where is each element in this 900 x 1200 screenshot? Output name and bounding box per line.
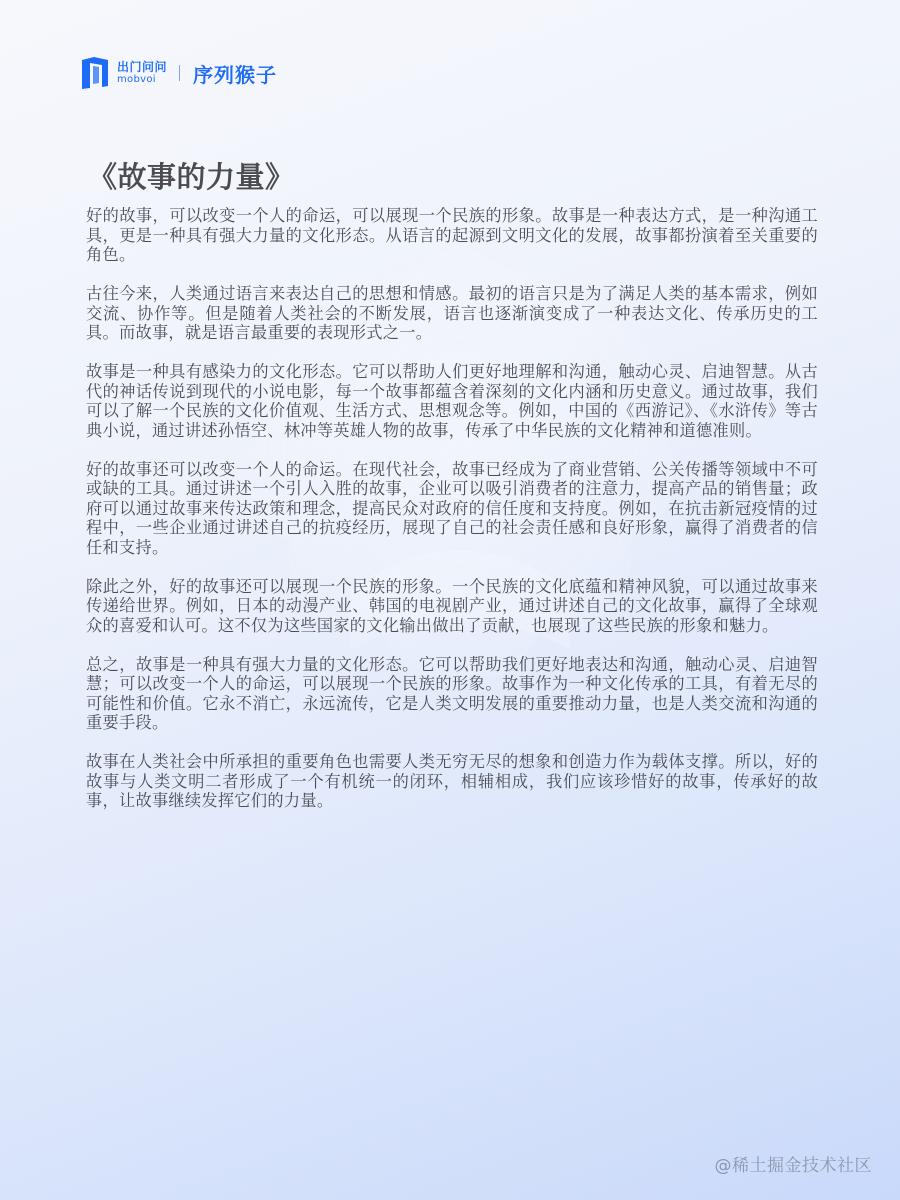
brand-text: 出门问问 mobvoi (117, 61, 167, 85)
brand-name-cn: 出门问问 (117, 61, 167, 73)
paragraph-4: 好的故事还可以改变一个人的命运。在现代社会，故事已经成为了商业营销、公关传播等领… (86, 460, 818, 558)
footer-watermark: @稀土掘金技术社区 (715, 1151, 873, 1176)
paragraph-2: 古往今来，人类通过语言来表达自己的思想和情感。最初的语言只是为了满足人类的基本需… (86, 284, 818, 343)
series-name: 序列猴子 (193, 59, 277, 88)
paragraph-7: 故事在人类社会中所承担的重要角色也需要人类无穷无尽的想象和创造力作为载体支撑。所… (86, 752, 818, 811)
paragraph-6: 总之，故事是一种具有强大力量的文化形态。它可以帮助我们更好地表达和沟通，触动心灵… (86, 655, 818, 733)
brand-name-en: mobvoi (117, 75, 167, 85)
paragraph-1: 好的故事，可以改变一个人的命运，可以展现一个民族的形象。故事是一种表达方式，是一… (86, 206, 818, 265)
brand-header: 出门问问 mobvoi 序列猴子 (80, 55, 277, 91)
header-divider (179, 65, 180, 81)
article-body: 好的故事，可以改变一个人的命运，可以展现一个民族的形象。故事是一种表达方式，是一… (86, 206, 818, 830)
paragraph-3: 故事是一种具有感染力的文化形态。它可以帮助人们更好地理解和沟通，触动心灵、启迪智… (86, 362, 818, 440)
mobvoi-logo-icon (80, 56, 110, 90)
article-title: 《故事的力量》 (88, 155, 295, 196)
paragraph-5: 除此之外，好的故事还可以展现一个民族的形象。一个民族的文化底蕴和精神风貌，可以通… (86, 577, 818, 636)
